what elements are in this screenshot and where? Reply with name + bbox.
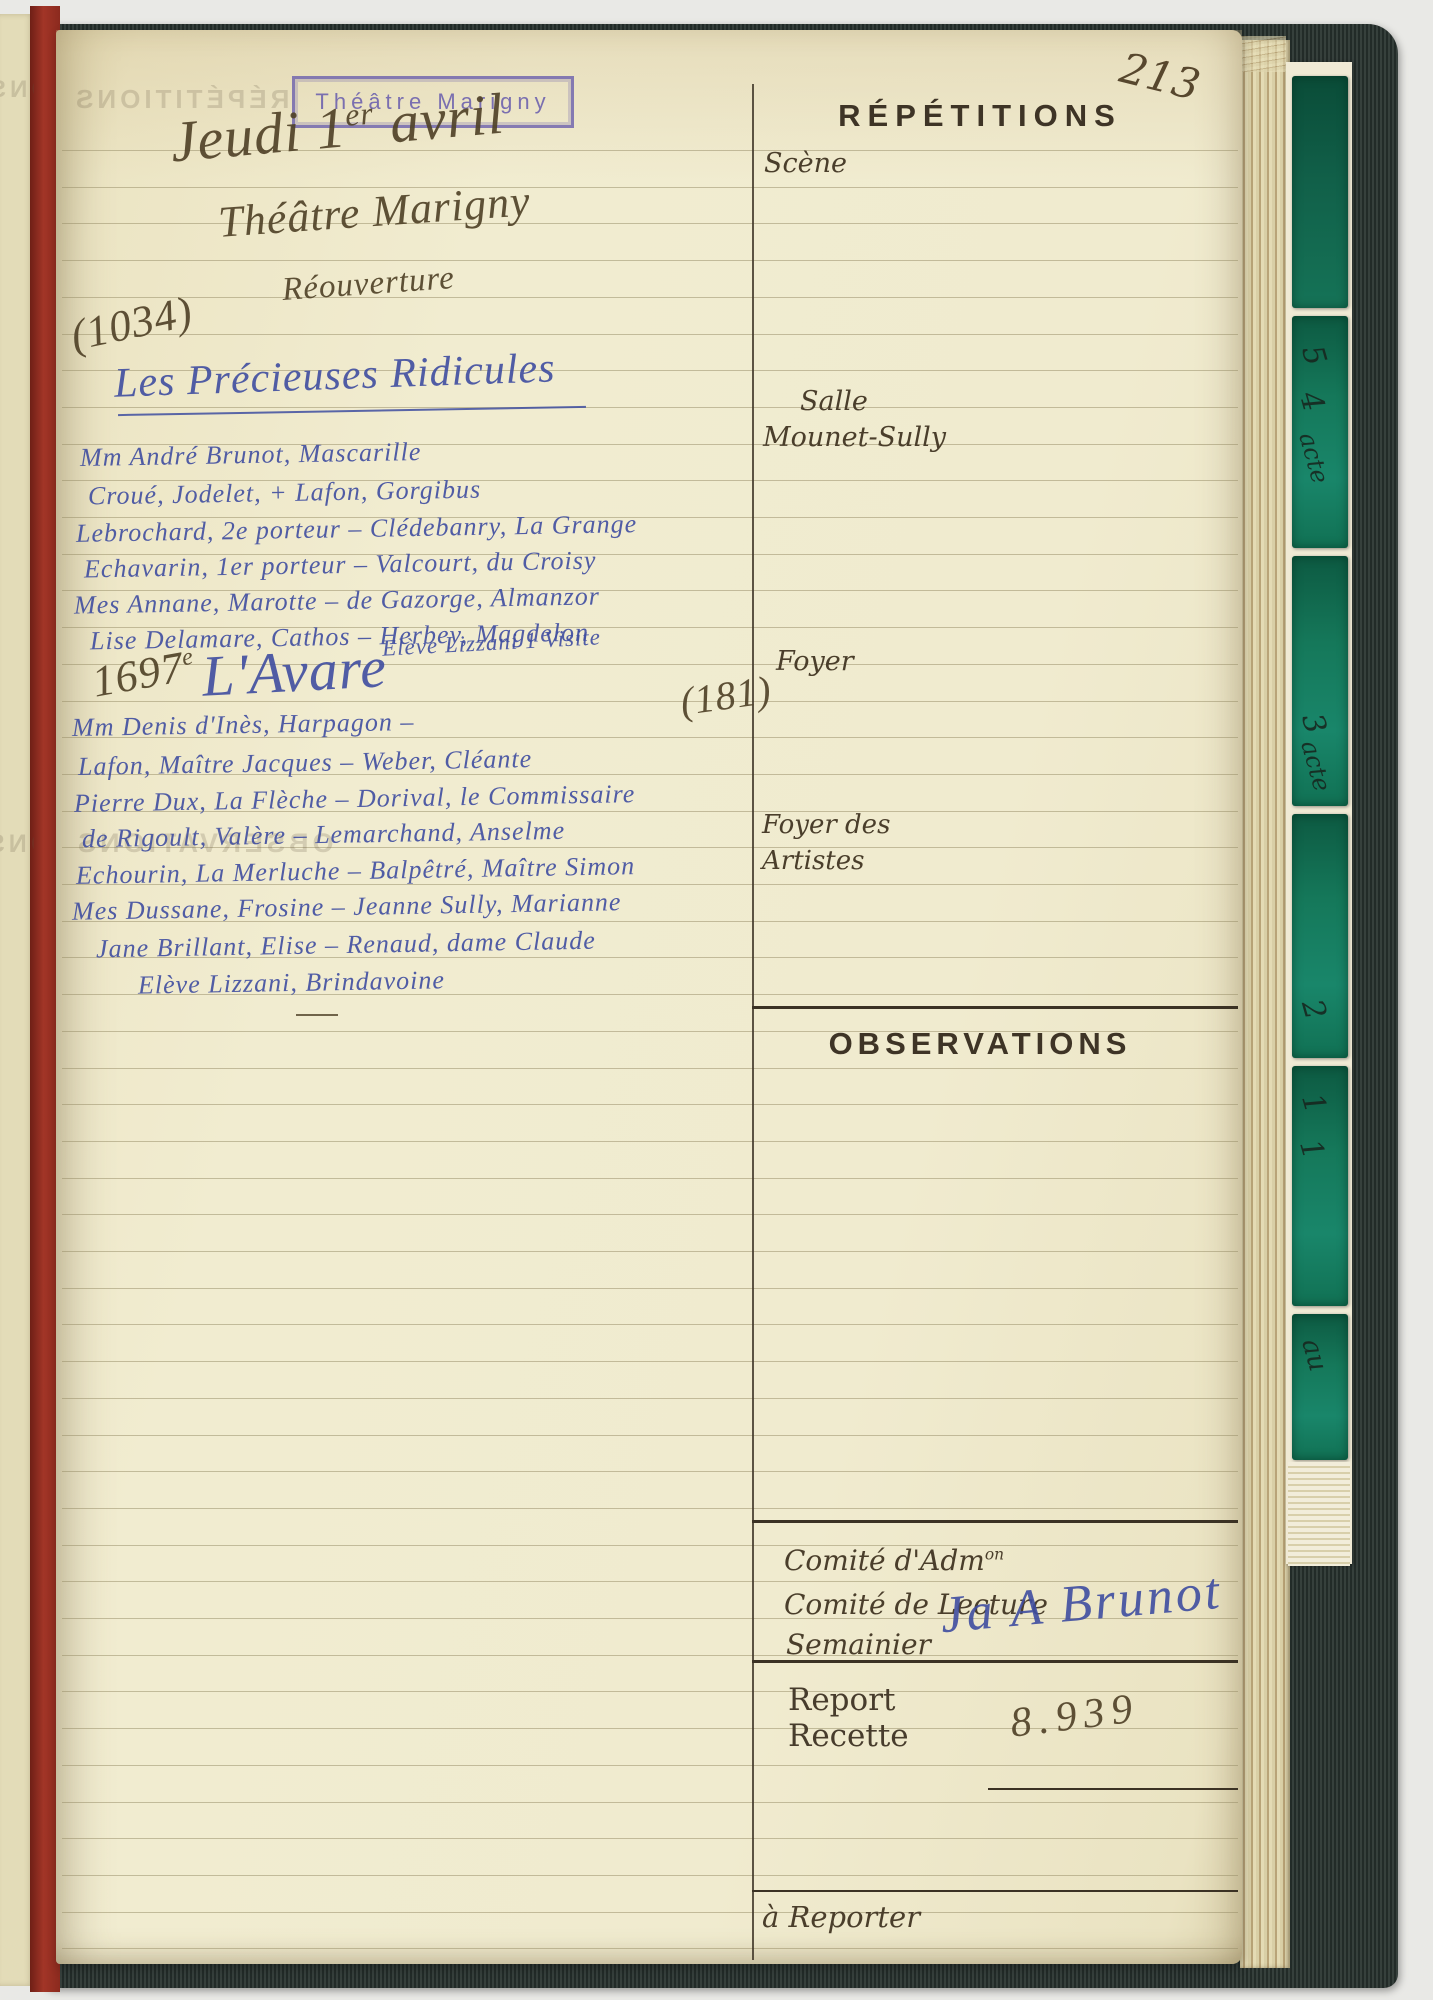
green-tab: au — [1292, 1314, 1348, 1460]
ruled-line — [62, 297, 1238, 298]
tab-handwriting: 5 — [1294, 341, 1333, 369]
hw-date-main: Jeudi 1 — [168, 94, 349, 174]
ruled-line — [62, 1324, 1238, 1325]
green-tab: 5 4 acte — [1292, 316, 1348, 548]
report-label: Report — [788, 1682, 895, 1718]
hw-reouverture: Réouverture — [281, 260, 456, 309]
column-divider-rule — [752, 84, 754, 1960]
tab-handwriting: au — [1295, 1335, 1333, 1374]
edge-text-fragment: RÉPÉTITIONS — [0, 76, 34, 104]
tab-handwriting: acte — [1293, 429, 1334, 486]
ruled-line — [62, 1288, 1238, 1289]
hw-cast-line: Lebrochard, 2e porteur – Clédebanry, La … — [76, 509, 638, 549]
comite-adm-text: Comité d'Adm — [784, 1544, 985, 1577]
green-tab — [1292, 76, 1348, 308]
hw-cast-line: Lafon, Maître Jacques – Weber, Cléante — [78, 744, 533, 782]
previous-page-edge: RÉPÉTITIONS OBSERVATIONS — [0, 14, 34, 1986]
hw-cast-line: Jane Brillant, Elise – Renaud, dame Clau… — [96, 926, 596, 965]
hw-date-rest: avril — [372, 81, 507, 157]
tab-handwriting: acte — [1295, 737, 1336, 794]
reporter-section-rule — [752, 1890, 1238, 1892]
page-edges-below-tabs — [1288, 1462, 1350, 1566]
ruled-line — [62, 1948, 1238, 1949]
hw-cast-line: Croué, Jodelet, + Lafon, Gorgibus — [88, 475, 482, 512]
ruled-line — [62, 1214, 1238, 1215]
ruled-line — [62, 1655, 1238, 1656]
ruled-line — [62, 1471, 1238, 1472]
tab-handwriting: 3 — [1294, 709, 1333, 737]
hw-avare-title: L'Avare — [200, 633, 388, 710]
tab-handwriting: 4 — [1292, 387, 1331, 415]
ruled-line — [62, 187, 1238, 188]
ruled-line — [62, 1068, 1238, 1069]
ruled-line — [62, 260, 1238, 261]
ruled-line — [62, 1802, 1238, 1803]
register-page: RÉPÉTITIONS OBSERVATIONS Théâtre Marigny… — [56, 30, 1242, 1964]
recette-label: Recette — [788, 1718, 909, 1754]
hw-cast-line: de Rigoult, Valère – Lemarchand, Anselme — [82, 816, 566, 854]
ruled-line — [62, 1545, 1238, 1546]
ruled-line — [62, 1875, 1238, 1876]
ruled-line — [62, 1398, 1238, 1399]
ruled-line — [62, 1435, 1238, 1436]
hw-house-number: (181) — [677, 666, 774, 725]
pen-dash-mark — [296, 1014, 338, 1016]
hw-cast-line: Echavarin, 1er porteur – Valcourt, du Cr… — [84, 546, 597, 585]
repetitions-header: RÉPÉTITIONS — [790, 98, 1170, 134]
observations-section-rule — [752, 1006, 1238, 1009]
observations-header: OBSERVATIONS — [790, 1026, 1170, 1062]
a-reporter-label: à Reporter — [762, 1900, 920, 1934]
green-tab: 1 1 — [1292, 1066, 1348, 1306]
comite-adm-label: Comité d'Admon — [784, 1544, 1004, 1577]
hw-precieuses-title: Les Précieuses Ridicules — [113, 344, 556, 407]
ruled-line — [62, 1141, 1238, 1142]
semainier-label: Semainier — [786, 1628, 931, 1661]
ruled-line — [62, 334, 1238, 335]
hw-cast-line: Mm Denis d'Inès, Harpagon – — [72, 707, 415, 743]
hw-cast-line: Pierre Dux, La Flèche – Dorival, le Comm… — [74, 779, 636, 819]
ruled-line — [62, 1838, 1238, 1839]
recette-value: 8.939 — [1008, 1684, 1142, 1747]
green-tab: 2 — [1292, 814, 1348, 1058]
salle-mounet-sully: Mounet-Sully — [763, 422, 946, 453]
scene-label: Scène — [764, 148, 847, 179]
ruled-line — [62, 1912, 1238, 1913]
hw-cast-line: Mm André Brunot, Mascarille — [80, 437, 422, 473]
ruled-line — [62, 407, 1238, 408]
hw-date-sup: er — [344, 96, 376, 133]
tab-handwriting: 2 — [1294, 995, 1333, 1023]
comite-adm-sup: on — [985, 1546, 1004, 1564]
salle-label: Salle — [800, 386, 868, 417]
green-tab: 3 acte — [1292, 556, 1348, 806]
ruled-line — [62, 1104, 1238, 1105]
ruled-line — [62, 1251, 1238, 1252]
ruled-line — [62, 1361, 1238, 1362]
foyer-label: Foyer — [776, 646, 854, 677]
ruled-line — [62, 1178, 1238, 1179]
ruled-line — [62, 1691, 1238, 1692]
recette-underline — [988, 1788, 1238, 1790]
ruled-line — [62, 1765, 1238, 1766]
foyer-des-artistes-line2: Artistes — [762, 846, 865, 876]
tab-handwriting: 1 — [1292, 1135, 1331, 1163]
edge-text-fragment: OBSERVATIONS — [0, 830, 34, 859]
hw-cast-line: Elève Lizzani, Brindavoine — [138, 965, 445, 1000]
committee-section-rule — [752, 1520, 1238, 1523]
foyer-des-artistes-line1: Foyer des — [762, 810, 890, 840]
stacked-page-edges — [1240, 40, 1290, 1968]
ruled-line — [62, 1508, 1238, 1509]
hw-cast-line: Mes Annane, Marotte – de Gazorge, Almanz… — [74, 581, 600, 620]
tab-handwriting: 1 — [1294, 1089, 1333, 1117]
